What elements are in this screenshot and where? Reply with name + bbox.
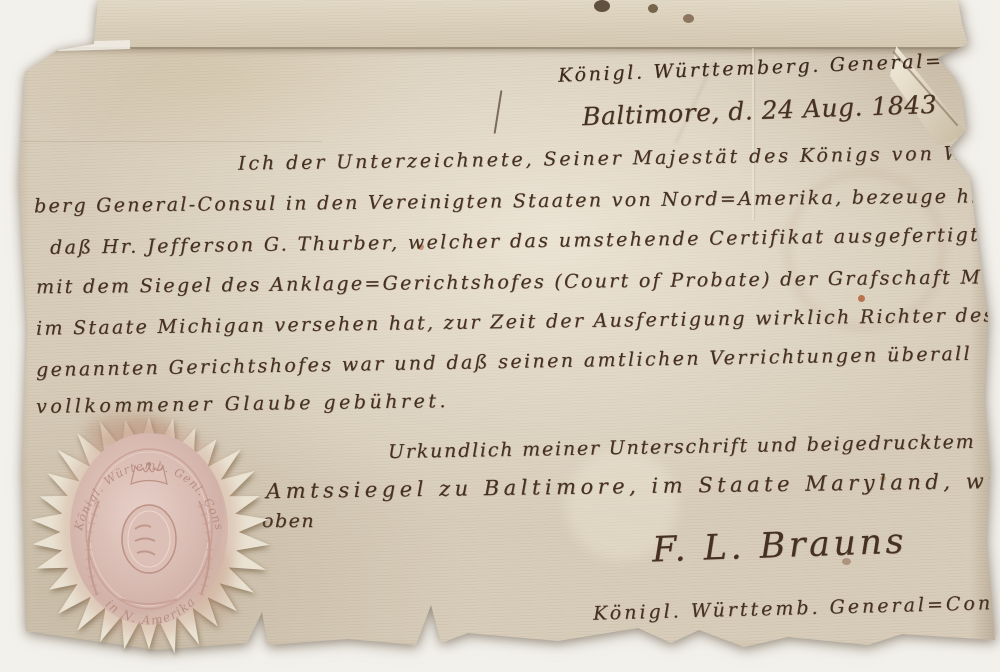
body-line-5: im Staate Michigan versehen hat, zur Zei… bbox=[36, 305, 996, 339]
scanned-letter-photo: Königl. Württemberg. General=Cons. Balti… bbox=[0, 0, 1000, 672]
body-line-1: Ich der Unterzeichnete, Seiner Majestät … bbox=[238, 142, 1000, 174]
dateline: Baltimore, d. 24 Aug. 1843 bbox=[582, 91, 938, 131]
office-heading: Königl. Württemberg. General=Cons. bbox=[558, 48, 1000, 86]
embossed-wafer-seal: Königl. Würtemb. Genl. Consulat in N. Am… bbox=[14, 396, 294, 672]
closing-line-1: Urkundlich meiner Unterschrift und beige… bbox=[388, 432, 976, 463]
body-line-4: mit dem Siegel des Anklage=Gerichtshofes… bbox=[36, 267, 1000, 298]
body-line-2: berg General-Consul in den Vereinigten S… bbox=[34, 186, 1000, 218]
body-line-3: daß Hr. Jefferson G. Thurber, welcher da… bbox=[50, 224, 1000, 259]
closing-line-2: Amtssiegel zu Baltimore, im Staate Maryl… bbox=[266, 470, 1000, 504]
signature-title: Königl. Württemb. General=Consul bbox=[593, 592, 1000, 624]
pen-flourish bbox=[494, 90, 503, 134]
body-line-6: genannten Gerichtshofes war und daß sein… bbox=[36, 344, 972, 381]
signature-name: F. L. Brauns bbox=[651, 523, 907, 570]
